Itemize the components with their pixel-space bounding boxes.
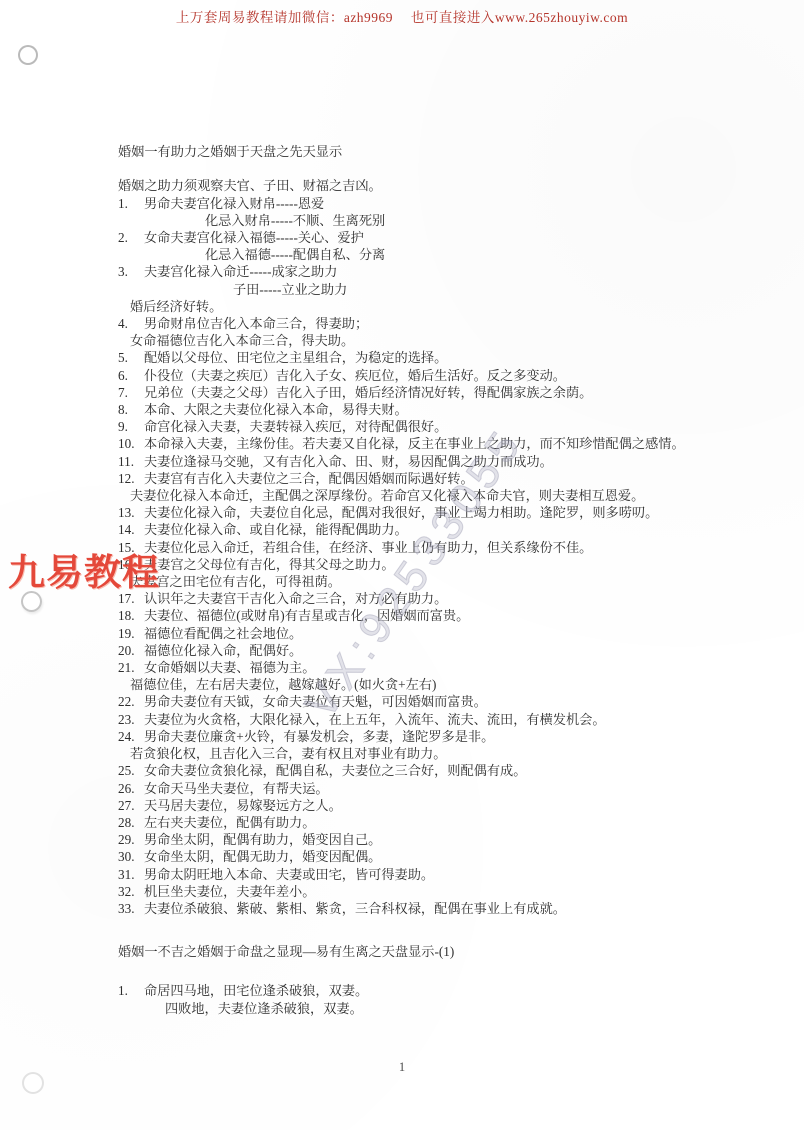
doc-line: 25.女命夫妻位贪狼化禄，配偶自私，夫妻位之三合好，则配偶有成。 bbox=[118, 762, 778, 779]
line-number: 30. bbox=[118, 848, 144, 865]
line-text: 夫妻位杀破狼、紫破、紫相、紫贪，三合科权禄，配偶在事业上有成就。 bbox=[144, 901, 566, 916]
line-text: 夫妻位化禄入命，夫妻位自化忌，配偶对我很好，事业上竭力相助。逢陀罗，则多唠叨。 bbox=[144, 505, 658, 520]
line-text: 男命财帛位吉化入本命三合，得妻助； bbox=[144, 316, 368, 331]
line-number: 33. bbox=[118, 900, 144, 917]
doc-line: 28.左右夹夫妻位，配偶有助力。 bbox=[118, 814, 778, 831]
doc-line: 30.女命坐太阴，配偶无助力，婚变因配偶。 bbox=[118, 848, 778, 865]
doc-line: 化忌入福德-----配偶自私、分离 bbox=[118, 246, 778, 263]
line-text: 认识年之夫妻宫干吉化入命之三合，对方必有助力。 bbox=[144, 591, 447, 606]
line-text: 若贪狼化权，且吉化入三合，妻有权且对事业有助力。 bbox=[130, 746, 447, 761]
line-text: 夫妻宫化禄入命迁-----成家之助力 bbox=[144, 264, 337, 279]
doc-line: 31.男命太阴旺地入本命、夫妻或田宅，皆可得妻助。 bbox=[118, 866, 778, 883]
line-text: 夫妻位化禄入本命迁，主配偶之深厚缘份。若命宫又化禄入本命夫官，则夫妻相互恩爱。 bbox=[130, 488, 644, 503]
promo-header-text: 上万套周易教程请加微信：azh9969 也可直接进入www.265zhouyiw… bbox=[0, 6, 804, 26]
line-number: 6. bbox=[118, 367, 144, 384]
line-text: 左右夹夫妻位，配偶有助力。 bbox=[144, 815, 315, 830]
line-number: 20. bbox=[118, 642, 144, 659]
line-number: 4. bbox=[118, 315, 144, 332]
doc-line: 18.夫妻位、福德位(或财帛)有吉星或吉化，因婚姻而富贵。 bbox=[118, 607, 778, 624]
line-text: 女命婚姻以夫妻、福德为主。 bbox=[144, 660, 315, 675]
doc-line: 15.夫妻位化忌入命迁，若组合佳，在经济、事业上仍有助力，但关系缘份不佳。 bbox=[118, 539, 778, 556]
line-text: 本命禄入夫妻，主缘份佳。若夫妻又自化禄，反主在事业上之助力，而不知珍惜配偶之感情… bbox=[144, 436, 685, 451]
document-body: 婚姻一有助力之婚姻于天盘之先天显示 婚姻之助力须观察夫官、子田、财福之吉凶。 1… bbox=[118, 143, 778, 1017]
line-number: 19. bbox=[118, 625, 144, 642]
line-text: 男命坐太阴，配偶有助力，婚变因自己。 bbox=[144, 832, 381, 847]
doc-line: 4.男命财帛位吉化入本命三合，得妻助； bbox=[118, 315, 778, 332]
section1-title: 婚姻一有助力之婚姻于天盘之先天显示 bbox=[118, 143, 778, 160]
doc-line: 3.夫妻宫化禄入命迁-----成家之助力 bbox=[118, 263, 778, 280]
line-text: 夫妻位为火贪格，大限化禄入，在上五年，入流年、流夫、流田，有横发机会。 bbox=[144, 712, 606, 727]
line-number: 18. bbox=[118, 607, 144, 624]
line-text: 女命夫妻位贪狼化禄，配偶自私，夫妻位之三合好，则配偶有成。 bbox=[144, 763, 526, 778]
doc-line: 19.福德位看配偶之社会地位。 bbox=[118, 625, 778, 642]
line-number: 14. bbox=[118, 521, 144, 538]
line-text: 机巨坐夫妻位，夫妻年差小。 bbox=[144, 884, 315, 899]
line-text: 夫妻宫之父母位有吉化，得其父母之助力。 bbox=[144, 557, 395, 572]
line-text: 子田-----立业之助力 bbox=[233, 282, 347, 297]
doc-line: 1.男命夫妻宫化禄入财帛-----恩爱 bbox=[118, 195, 778, 212]
doc-line: 12.夫妻宫有吉化入夫妻位之三合，配偶因婚姻而际遇好转。 bbox=[118, 470, 778, 487]
line-text: 男命夫妻位廉贪+火铃，有暴发机会，多妻，逢陀罗多是非。 bbox=[144, 729, 494, 744]
doc-line: 夫妻宫之田宅位有吉化，可得祖荫。 bbox=[118, 573, 778, 590]
line-text: 仆役位（夫妻之疾厄）吉化入子女、疾厄位，婚后生活好。反之多变动。 bbox=[144, 368, 566, 383]
line-text: 福德位化禄入命，配偶好。 bbox=[144, 643, 302, 658]
doc-line: 7.兄弟位（夫妻之父母）吉化入子田，婚后经济情况好转，得配偶家族之余荫。 bbox=[118, 384, 778, 401]
line-text: 男命太阴旺地入本命、夫妻或田宅，皆可得妻助。 bbox=[144, 867, 434, 882]
line-number: 11. bbox=[118, 453, 144, 470]
doc-line: 32.机巨坐夫妻位，夫妻年差小。 bbox=[118, 883, 778, 900]
line-text: 女命福德位吉化入本命三合，得夫助。 bbox=[130, 333, 354, 348]
line-number: 2. bbox=[118, 229, 144, 246]
line-text: 婚后经济好转。 bbox=[130, 299, 222, 314]
line-number: 31. bbox=[118, 866, 144, 883]
doc-line: 29.男命坐太阴，配偶有助力，婚变因自己。 bbox=[118, 831, 778, 848]
doc-line: 16.夫妻宫之父母位有吉化，得其父母之助力。 bbox=[118, 556, 778, 573]
doc-line: 福德位佳，左右居夫妻位，越嫁越好。(如火贪+左右) bbox=[118, 676, 778, 693]
doc-line: 33.夫妻位杀破狼、紫破、紫相、紫贪，三合科权禄，配偶在事业上有成就。 bbox=[118, 900, 778, 917]
line-text: 四败地，夫妻位逢杀破狼，双妻。 bbox=[165, 1001, 363, 1016]
line-number: 1. bbox=[118, 195, 144, 212]
doc-line: 27.天马居夫妻位，易嫁娶远方之人。 bbox=[118, 797, 778, 814]
doc-line: 6.仆役位（夫妻之疾厄）吉化入子女、疾厄位，婚后生活好。反之多变动。 bbox=[118, 367, 778, 384]
line-number: 26. bbox=[118, 780, 144, 797]
hole-punch-bottom bbox=[22, 1072, 44, 1094]
page-number: 1 bbox=[0, 1060, 804, 1075]
doc-line: 26.女命天马坐夫妻位，有帮夫运。 bbox=[118, 780, 778, 797]
line-text: 夫妻位逢禄马交驰，又有吉化入命、田、财，易因配偶之助力而成功。 bbox=[144, 454, 553, 469]
line-number: 23. bbox=[118, 711, 144, 728]
line-text: 天马居夫妻位，易嫁娶远方之人。 bbox=[144, 798, 342, 813]
doc-line: 11.夫妻位逢禄马交驰，又有吉化入命、田、财，易因配偶之助力而成功。 bbox=[118, 453, 778, 470]
line-number: 8. bbox=[118, 401, 144, 418]
line-text: 女命坐太阴，配偶无助力，婚变因配偶。 bbox=[144, 849, 381, 864]
doc-line: 8.本命、大限之夫妻位化禄入本命，易得夫财。 bbox=[118, 401, 778, 418]
line-number: 32. bbox=[118, 883, 144, 900]
doc-line: 四败地，夫妻位逢杀破狼，双妻。 bbox=[118, 1000, 778, 1017]
doc-line: 20.福德位化禄入命，配偶好。 bbox=[118, 642, 778, 659]
line-number: 21. bbox=[118, 659, 144, 676]
line-text: 本命、大限之夫妻位化禄入本命，易得夫财。 bbox=[144, 402, 408, 417]
doc-line: 5.配婚以父母位、田宅位之主星组合，为稳定的选择。 bbox=[118, 349, 778, 366]
section1-intro: 婚姻之助力须观察夫官、子田、财福之吉凶。 bbox=[118, 177, 778, 194]
line-number: 29. bbox=[118, 831, 144, 848]
doc-line: 婚后经济好转。 bbox=[118, 298, 778, 315]
line-number: 12. bbox=[118, 470, 144, 487]
line-number: 25. bbox=[118, 762, 144, 779]
doc-line: 夫妻位化禄入本命迁，主配偶之深厚缘份。若命宫又化禄入本命夫官，则夫妻相互恩爱。 bbox=[118, 487, 778, 504]
line-number: 1. bbox=[118, 982, 144, 999]
line-text: 兄弟位（夫妻之父母）吉化入子田，婚后经济情况好转，得配偶家族之余荫。 bbox=[144, 385, 592, 400]
line-text: 女命夫妻宫化禄入福德-----关心、爱护 bbox=[144, 230, 364, 245]
line-number: 5. bbox=[118, 349, 144, 366]
doc-line: 22.男命夫妻位有天钺，女命夫妻位有天魁，可因婚姻而富贵。 bbox=[118, 693, 778, 710]
line-text: 福德位佳，左右居夫妻位，越嫁越好。(如火贪+左右) bbox=[130, 677, 436, 692]
doc-line: 若贪狼化权，且吉化入三合，妻有权且对事业有助力。 bbox=[118, 745, 778, 762]
line-number: 10. bbox=[118, 435, 144, 452]
doc-line: 17.认识年之夫妻宫干吉化入命之三合，对方必有助力。 bbox=[118, 590, 778, 607]
line-text: 夫妻位、福德位(或财帛)有吉星或吉化，因婚姻而富贵。 bbox=[144, 608, 469, 623]
line-text: 福德位看配偶之社会地位。 bbox=[144, 626, 302, 641]
line-text: 夫妻位化禄入命、或自化禄，能得配偶助力。 bbox=[144, 522, 408, 537]
line-text: 化忌入福德-----配偶自私、分离 bbox=[205, 247, 385, 262]
section2-title: 婚姻一不吉之婚姻于命盘之显现—易有生离之天盘显示-(1) bbox=[118, 943, 778, 960]
line-number: 28. bbox=[118, 814, 144, 831]
doc-line: 21.女命婚姻以夫妻、福德为主。 bbox=[118, 659, 778, 676]
line-number: 24. bbox=[118, 728, 144, 745]
line-text: 男命夫妻宫化禄入财帛-----恩爱 bbox=[144, 196, 324, 211]
line-number: 13. bbox=[118, 504, 144, 521]
doc-line: 23.夫妻位为火贪格，大限化禄入，在上五年，入流年、流夫、流田，有横发机会。 bbox=[118, 711, 778, 728]
doc-line: 女命福德位吉化入本命三合，得夫助。 bbox=[118, 332, 778, 349]
line-text: 夫妻宫有吉化入夫妻位之三合，配偶因婚姻而际遇好转。 bbox=[144, 471, 474, 486]
doc-line: 1.命居四马地，田宅位逢杀破狼，双妻。 bbox=[118, 982, 778, 999]
line-text: 命居四马地，田宅位逢杀破狼，双妻。 bbox=[144, 983, 368, 998]
line-number: 22. bbox=[118, 693, 144, 710]
red-brand-watermark: 九易教程 bbox=[8, 542, 160, 596]
scanned-document-page: 上万套周易教程请加微信：azh9969 也可直接进入www.265zhouyiw… bbox=[0, 0, 804, 1130]
doc-line: 子田-----立业之助力 bbox=[118, 281, 778, 298]
doc-line: 9.命宫化禄入夫妻，夫妻转禄入疾厄，对待配偶很好。 bbox=[118, 418, 778, 435]
line-text: 化忌入财帛-----不顺、生离死别 bbox=[205, 213, 385, 228]
line-text: 命宫化禄入夫妻，夫妻转禄入疾厄，对待配偶很好。 bbox=[144, 419, 447, 434]
doc-line: 2.女命夫妻宫化禄入福德-----关心、爱护 bbox=[118, 229, 778, 246]
line-number: 9. bbox=[118, 418, 144, 435]
hole-punch-top bbox=[18, 45, 38, 65]
doc-line: 14.夫妻位化禄入命、或自化禄，能得配偶助力。 bbox=[118, 521, 778, 538]
doc-line: 10.本命禄入夫妻，主缘份佳。若夫妻又自化禄，反主在事业上之助力，而不知珍惜配偶… bbox=[118, 435, 778, 452]
doc-line: 化忌入财帛-----不顺、生离死别 bbox=[118, 212, 778, 229]
line-text: 配婚以父母位、田宅位之主星组合，为稳定的选择。 bbox=[144, 350, 447, 365]
doc-line: 24.男命夫妻位廉贪+火铃，有暴发机会，多妻，逢陀罗多是非。 bbox=[118, 728, 778, 745]
line-text: 女命天马坐夫妻位，有帮夫运。 bbox=[144, 781, 329, 796]
line-number: 3. bbox=[118, 263, 144, 280]
section1-list: 1.男命夫妻宫化禄入财帛-----恩爱 化忌入财帛-----不顺、生离死别 2.… bbox=[118, 195, 778, 918]
section2-list: 1.命居四马地，田宅位逢杀破狼，双妻。 四败地，夫妻位逢杀破狼，双妻。 bbox=[118, 982, 778, 1016]
line-text: 夫妻宫之田宅位有吉化，可得祖荫。 bbox=[130, 574, 341, 589]
line-number: 27. bbox=[118, 797, 144, 814]
line-number: 7. bbox=[118, 384, 144, 401]
line-text: 男命夫妻位有天钺，女命夫妻位有天魁，可因婚姻而富贵。 bbox=[144, 694, 487, 709]
line-text: 夫妻位化忌入命迁，若组合佳，在经济、事业上仍有助力，但关系缘份不佳。 bbox=[144, 540, 592, 555]
doc-line: 13.夫妻位化禄入命，夫妻位自化忌，配偶对我很好，事业上竭力相助。逢陀罗，则多唠… bbox=[118, 504, 778, 521]
